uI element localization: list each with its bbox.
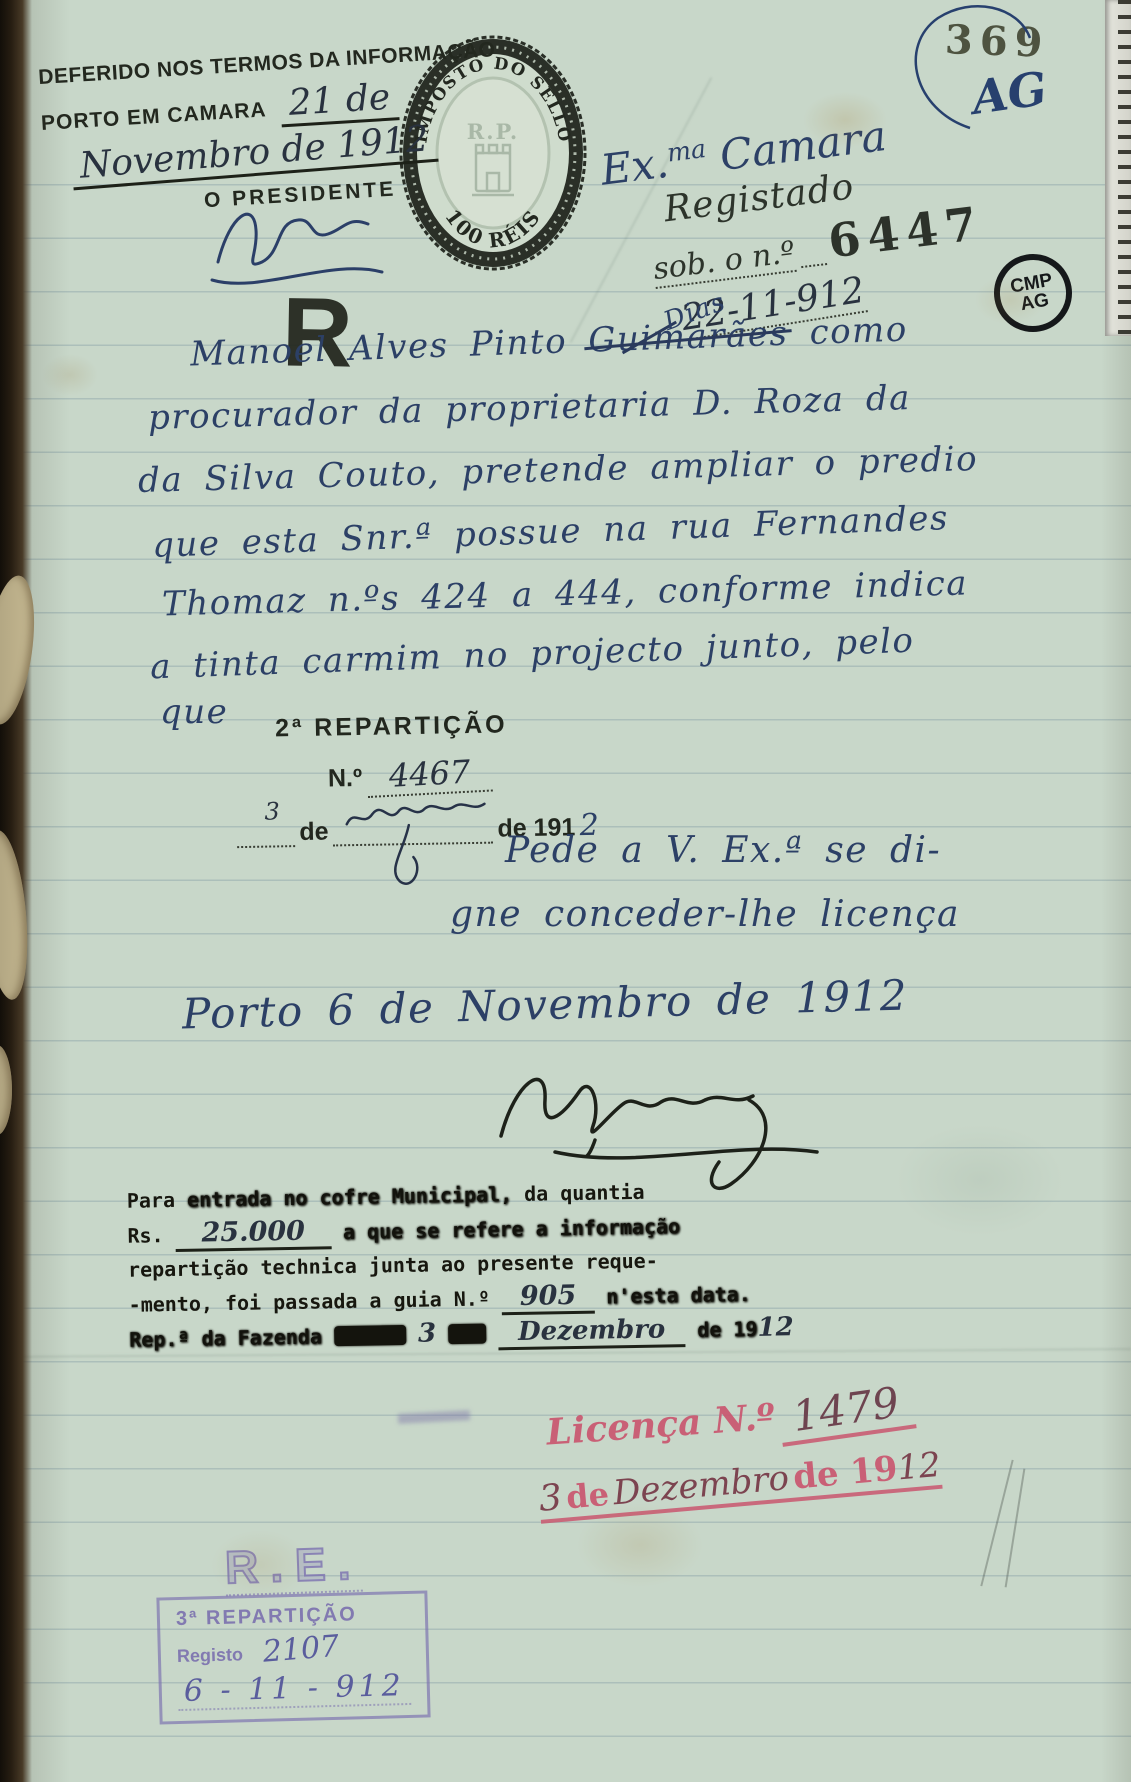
body-line-2: procurador da proprietaria D. Roza da: [148, 378, 912, 438]
treasury-line1-smudged: entrada no cofre Municipal,: [187, 1182, 512, 1212]
treasury-line2-post: a que se refere a informação: [343, 1214, 681, 1244]
licenca-year-handwritten: 12: [896, 1445, 943, 1489]
deferido-stamp: DEFERIDO NOS TERMOS DA INFORMAÇÃO PORTO …: [38, 38, 505, 223]
reparticao2-stamp: 2ª REPARTIÇÃO N.º 4467 3 de de 191 2: [231, 709, 599, 849]
treasury-line4-pre: -mento, foi passada a guia N.º: [128, 1286, 490, 1316]
body-line-6: a tinta carmim no projecto junto, pelo: [150, 621, 916, 688]
numero-handwritten: 4467: [366, 751, 493, 798]
licenca-de2: de 19: [791, 1449, 899, 1498]
addressee-abbrev: Ex.: [598, 138, 671, 195]
licenca-month-handwritten: Dezembro: [612, 1458, 791, 1513]
registration-block: Ex.ma Camara Registado sob. o n.º 6447 2…: [598, 101, 993, 346]
licenca-de1: de: [565, 1475, 611, 1517]
document-page: DEFERIDO NOS TERMOS DA INFORMAÇÃO PORTO …: [0, 0, 1131, 1782]
treasury-stamp-block: Para entrada no cofre Municipal, da quan…: [127, 1172, 794, 1357]
month-scrawl: [342, 796, 494, 894]
sob-o-numero-label: sob. o n.º: [651, 235, 797, 289]
body-line-7: que: [160, 692, 228, 732]
registry-box-stamp: 3ª REPARTIÇÃO Registo 2107 6 - 11 - 912: [156, 1590, 430, 1724]
rs-label: Rs.: [127, 1223, 164, 1248]
body-line-4: que esta Snr.ª possue na rua Fernandes: [152, 498, 950, 566]
treasury-line1-pre: Para: [127, 1188, 188, 1213]
treasury-line5-pre: Rep.ª da Fazenda: [129, 1324, 322, 1351]
ink-blot: [448, 1324, 486, 1345]
clerk-monogram: AG: [969, 61, 1051, 125]
registry-date-handwritten: 6 - 11 - 912: [177, 1668, 411, 1711]
licenca-stamp: Licença N.º 1479 3 de Dezembro de 1912: [545, 1379, 943, 1520]
ruled-lines: [0, 132, 1131, 1782]
amount-handwritten: 25.000: [175, 1215, 331, 1252]
treasury-line4-post: n'esta data.: [606, 1282, 751, 1309]
re-outline-stamp: R.E.: [224, 1536, 363, 1597]
place-dateline: Porto 6 de Novembro de 1912: [181, 971, 908, 1039]
deferido-line2: PORTO EM CAMARA: [40, 98, 267, 135]
adjacent-page-edge: [1105, 0, 1131, 336]
registo-number-handwritten: 2107: [262, 1629, 341, 1670]
treasury-day-handwritten: 3: [418, 1318, 437, 1348]
licenca-number-handwritten: 1479: [776, 1376, 917, 1447]
guia-number-handwritten: 905: [502, 1280, 595, 1316]
body-line-5: Thomaz n.ºs 424 a 444, conforme indica: [162, 563, 969, 624]
ink-smudge: [398, 1410, 470, 1424]
treasury-line1-post: da quantia: [512, 1180, 645, 1206]
registry-title: 3ª REPARTIÇÃO: [176, 1602, 409, 1631]
addressee-superscript: ma: [665, 134, 707, 168]
pencil-stroke: [1005, 1469, 1026, 1588]
ag-text: AG: [1019, 291, 1050, 315]
de-label-1: de: [299, 818, 329, 847]
adjacent-page-lines: [1118, 0, 1131, 336]
treasury-year-handwritten: 12: [757, 1312, 794, 1343]
reparticao2-title: 2ª REPARTIÇÃO: [275, 709, 597, 744]
body-line-1-pre: Manoel Alves Pinto: [190, 321, 590, 375]
registo-label: Registo: [177, 1644, 244, 1666]
ink-blot: [334, 1325, 406, 1346]
handwritten-day: 21 de: [279, 76, 399, 127]
body-line-1-post: como: [788, 309, 909, 353]
petition-line-2: gne conceder-lhe licença: [450, 894, 960, 935]
licenca-day: 3: [537, 1477, 563, 1520]
day-handwritten: 3: [264, 797, 280, 825]
licenca-label: Licença N.º: [545, 1396, 776, 1454]
treasury-month-handwritten: Dezembro: [498, 1314, 686, 1350]
licenca-date-row: 3 de Dezembro de 1912: [537, 1444, 942, 1524]
numero-label: N.º: [328, 764, 363, 793]
body-line-3: da Silva Couto, pretende ampliar o predi…: [138, 439, 979, 501]
treasury-line5-post: de 19: [697, 1317, 758, 1342]
cmp-ag-round-stamp: CMP AG: [988, 248, 1078, 338]
petition-line-1: Pede a V. Ex.ª se di-: [505, 830, 941, 871]
